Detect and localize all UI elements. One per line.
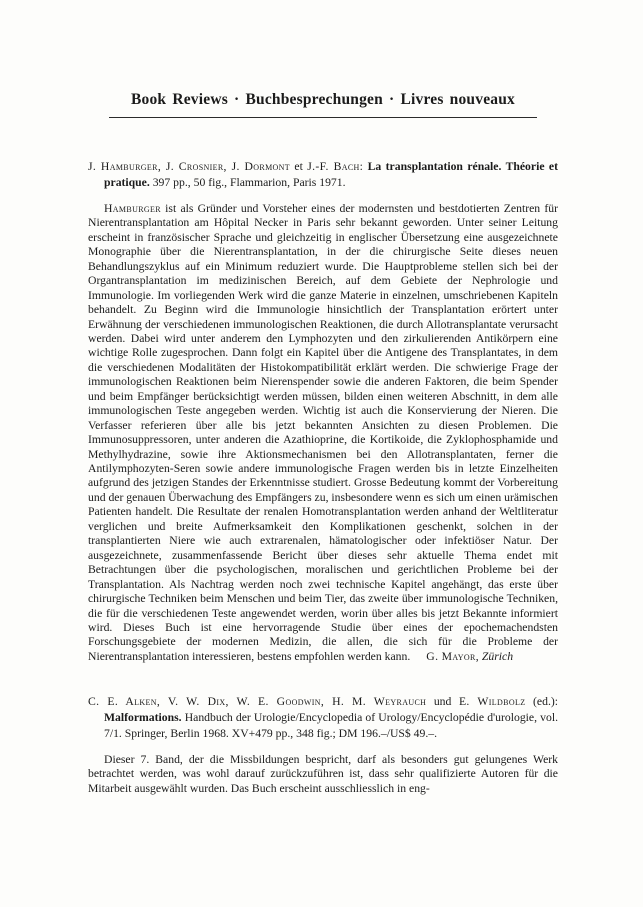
review-body-text: Hamburger ist als Gründer und Vorsteher … xyxy=(88,202,558,665)
book-citation: C. E. Alken, V. W. Dix, W. E. Goodwin, H… xyxy=(88,694,558,741)
citation-editor-suffix: (ed.): xyxy=(525,695,558,708)
journal-page: Book Reviews · Buchbesprechungen · Livre… xyxy=(0,0,643,907)
citation-authors: C. E. Alken, V. W. Dix, W. E. Goodwin, H… xyxy=(88,695,426,708)
citation-book-title: Malformations. xyxy=(104,711,182,724)
reviewer-name: G. Mayor, xyxy=(426,650,479,663)
book-review-entry: J. Hamburger, J. Crosnier, J. Dormont et… xyxy=(88,159,558,664)
citation-authors: J. Hamburger, J. Crosnier, J. Dormont xyxy=(88,160,290,173)
citation-authors-connector: und xyxy=(426,695,459,708)
page-header-title: Book Reviews · Buchbesprechungen · Livre… xyxy=(88,91,558,109)
text-block: Book Reviews · Buchbesprechungen · Livre… xyxy=(88,0,558,808)
citation-details: 397 pp., 50 fig., Flammarion, Paris 1971… xyxy=(150,176,346,189)
review-body-lead: Hamburger xyxy=(104,202,161,215)
citation-authors: J.-F. Bach: xyxy=(307,160,363,173)
review-body-main: Dieser 7. Band, der die Missbildungen be… xyxy=(88,753,558,795)
header-rule xyxy=(109,117,537,118)
citation-authors: E. Wildbolz xyxy=(459,695,526,708)
book-citation: J. Hamburger, J. Crosnier, J. Dormont et… xyxy=(88,159,558,190)
review-body-text: Dieser 7. Band, der die Missbildungen be… xyxy=(88,753,558,796)
reviewer-signature: G. Mayor, Zürich xyxy=(426,650,513,663)
citation-authors-connector: et xyxy=(290,160,307,173)
reviewer-place: Zürich xyxy=(479,650,513,663)
review-body-main: ist als Gründer und Vorsteher eines der … xyxy=(88,202,558,663)
book-review-entry: C. E. Alken, V. W. Dix, W. E. Goodwin, H… xyxy=(88,694,558,796)
